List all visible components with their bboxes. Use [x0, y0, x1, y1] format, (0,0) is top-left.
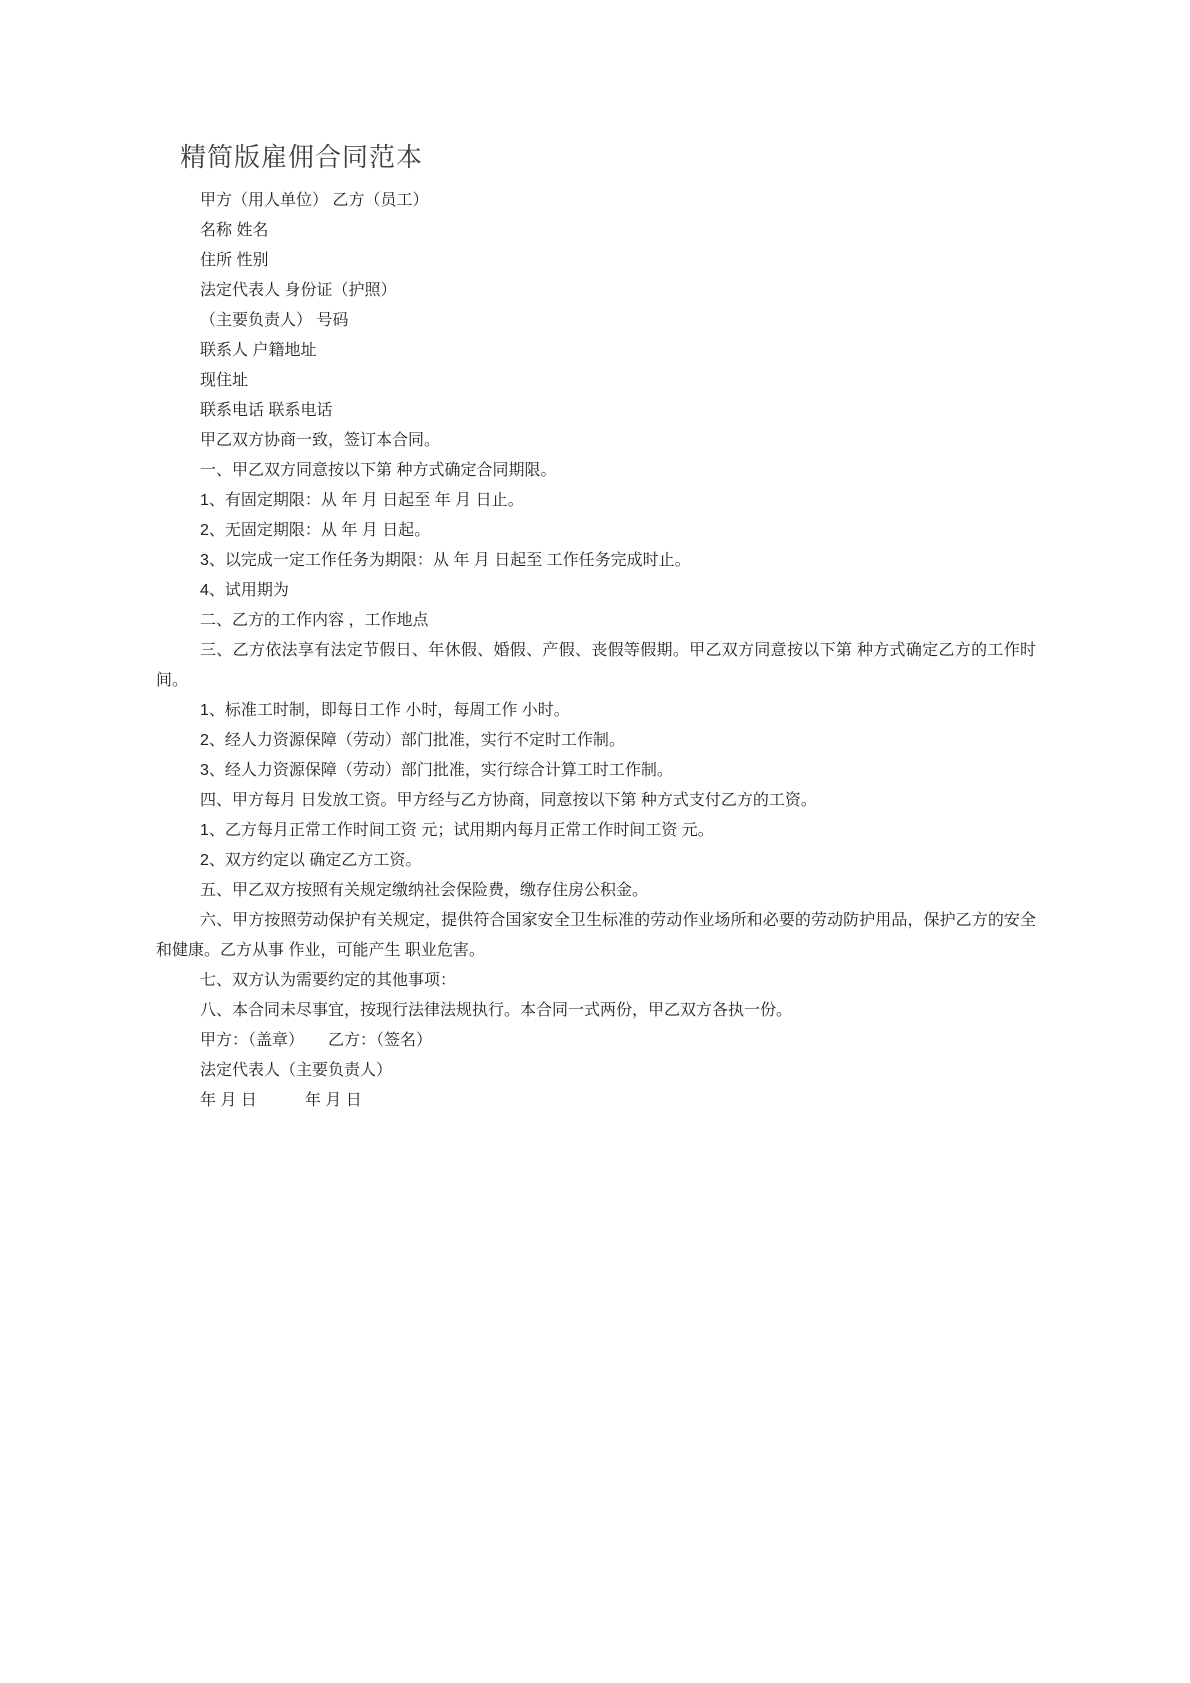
contract-paragraph: 1、乙方每月正常工作时间工资 元；试用期内每月正常工作时间工资 元。 — [156, 816, 1036, 846]
contract-paragraph: 2、经人力资源保障（劳动）部门批准，实行不定时工作制。 — [156, 726, 1036, 756]
contract-paragraph: 1、有固定期限：从 年 月 日起至 年 月 日止。 — [156, 486, 1036, 516]
document-page: 精简版雇佣合同范本 甲方（用人单位） 乙方（员工）名称 姓名住所 性别法定代表人… — [0, 0, 1190, 1683]
contract-paragraph: 四、甲方每月 日发放工资。甲方经与乙方协商，同意按以下第 种方式支付乙方的工资。 — [156, 786, 1036, 816]
contract-paragraph: 现住址 — [156, 366, 1036, 396]
contract-paragraph: 名称 姓名 — [156, 216, 1036, 246]
contract-paragraph: 二、乙方的工作内容 ，工作地点 — [156, 606, 1036, 636]
contract-paragraph: 年 月 日 年 月 日 — [156, 1086, 1036, 1116]
contract-paragraph: 甲方（用人单位） 乙方（员工） — [156, 186, 1036, 216]
contract-paragraph: 法定代表人（主要负责人） — [156, 1056, 1036, 1086]
contract-paragraph: 住所 性别 — [156, 246, 1036, 276]
contract-paragraph: 联系人 户籍地址 — [156, 336, 1036, 366]
contract-paragraph: 1、标准工时制，即每日工作 小时，每周工作 小时。 — [156, 696, 1036, 726]
contract-paragraph: 3、经人力资源保障（劳动）部门批准，实行综合计算工时工作制。 — [156, 756, 1036, 786]
contract-paragraph: 甲方：（盖章） 乙方：（签名） — [156, 1026, 1036, 1056]
contract-paragraph: （主要负责人） 号码 — [156, 306, 1036, 336]
contract-paragraph: 4、试用期为 — [156, 576, 1036, 606]
contract-paragraph: 七、双方认为需要约定的其他事项： — [156, 966, 1036, 996]
contract-paragraph: 八、本合同未尽事宜，按现行法律法规执行。本合同一式两份，甲乙双方各执一份。 — [156, 996, 1036, 1026]
contract-paragraph: 3、以完成一定工作任务为期限：从 年 月 日起至 工作任务完成时止。 — [156, 546, 1036, 576]
contract-paragraph: 五、甲乙双方按照有关规定缴纳社会保险费，缴存住房公积金。 — [156, 876, 1036, 906]
contract-paragraph: 六、甲方按照劳动保护有关规定，提供符合国家安全卫生标准的劳动作业场所和必要的劳动… — [156, 906, 1036, 966]
contract-paragraph: 联系电话 联系电话 — [156, 396, 1036, 426]
contract-paragraph: 一、甲乙双方同意按以下第 种方式确定合同期限。 — [156, 456, 1036, 486]
contract-paragraph: 甲乙双方协商一致，签订本合同。 — [156, 426, 1036, 456]
contract-paragraph: 2、无固定期限：从 年 月 日起。 — [156, 516, 1036, 546]
contract-paragraph: 2、双方约定以 确定乙方工资。 — [156, 846, 1036, 876]
contract-paragraph: 三、乙方依法享有法定节假日、年休假、婚假、产假、丧假等假期。甲乙双方同意按以下第… — [156, 636, 1036, 696]
contract-body: 甲方（用人单位） 乙方（员工）名称 姓名住所 性别法定代表人 身份证（护照）（主… — [156, 186, 1036, 1116]
contract-document: 精简版雇佣合同范本 甲方（用人单位） 乙方（员工）名称 姓名住所 性别法定代表人… — [156, 140, 1036, 1116]
contract-paragraph: 法定代表人 身份证（护照） — [156, 276, 1036, 306]
document-title: 精简版雇佣合同范本 — [180, 140, 1036, 176]
